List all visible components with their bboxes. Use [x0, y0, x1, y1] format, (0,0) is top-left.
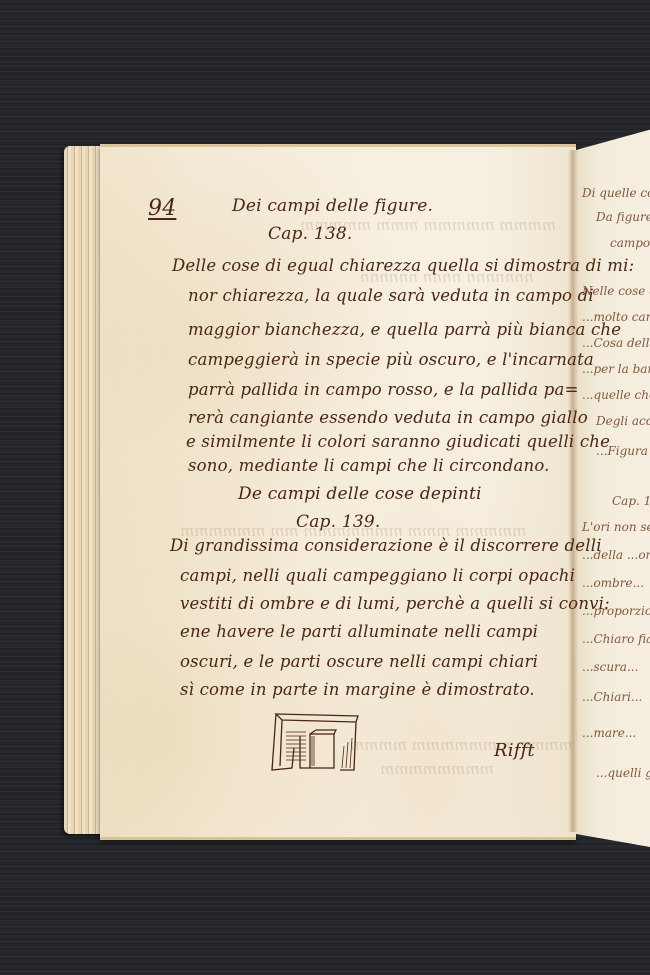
text-line: Di grandissima considerazione è il disco… [170, 536, 602, 555]
right-page-line: Da figure pare... [596, 210, 650, 224]
text-line: rerà cangiante essendo veduta in campo g… [188, 408, 588, 427]
right-page-line: ...ombre... [582, 576, 644, 590]
right-page-line: ...quelle che da cose... [582, 388, 650, 402]
right-page-line: Degli accidenti superf [596, 414, 650, 428]
text-line: campeggierà in specie più oscuro, e l'in… [188, 350, 594, 369]
folio-number: 94 [148, 196, 176, 221]
catchword: Rifft [494, 740, 535, 761]
chapter-138-title: Dei campi delle figure. [232, 196, 433, 216]
doorway-sketch-icon [270, 708, 362, 774]
text-line: oscuri, e le parti oscure nelli campi ch… [180, 652, 538, 671]
right-page-line: Cap. 141. [612, 494, 650, 508]
right-page-line: L'ori non se ... [582, 520, 650, 534]
right-page-line: ...Chiaro fiamma... [582, 632, 650, 646]
right-page-line: ...quelli grassi, ma van... [596, 766, 650, 780]
text-line: campi, nelli quali campeggiano li corpi … [180, 566, 575, 585]
right-page-line: ...Cosa della Chiara... [582, 336, 650, 350]
text-line: nor chiarezza, la quale sarà veduta in c… [188, 286, 594, 305]
right-page-line: ...scura... [582, 660, 638, 674]
text-line: maggior bianchezza, e quella parrà più b… [188, 320, 621, 339]
chapter-139-cap: Cap. 139. [296, 512, 380, 532]
gutter [568, 150, 578, 832]
right-page-line: Nelle cose che si campeggiano [582, 284, 650, 298]
right-page-line: ...mare... [582, 726, 636, 740]
chapter-138-cap: Cap. 138. [268, 224, 352, 244]
book-spread: mmmm mmmmm mmm mmmmm nnnnnnn nnnn nnnnnn… [0, 0, 650, 975]
right-page-line: ...della ...ombra [582, 548, 650, 562]
text-line: parrà pallida in campo rosso, e la palli… [188, 380, 579, 399]
text-line: sono, mediante li campi che li circondan… [188, 456, 550, 475]
text-line: vestiti di ombre e di lumi, perchè a que… [180, 594, 610, 613]
text-line: e similmente li colori saranno giudicati… [186, 432, 610, 451]
right-page-line: Di quelle cose che campeg [582, 186, 650, 200]
right-page-line: ...proporzione... [582, 604, 650, 618]
right-page-line: campo... [610, 236, 650, 250]
bleed-through: mmmm mmmmmmm mmmm [350, 736, 573, 754]
right-page-line: ...per la barca... [582, 362, 650, 376]
right-page-line: ...Figura parte... [596, 444, 650, 458]
text-line: Delle cose di egual chiarezza quella si … [172, 256, 634, 275]
chapter-139-title: De campi delle cose depinti [238, 484, 482, 504]
bleed-through: mmmmmmmm [380, 760, 494, 778]
right-page-line: ...Chiari... [582, 690, 642, 704]
text-line: ene havere le parti alluminate nelli cam… [180, 622, 538, 641]
right-page-line: ...molto campo... [582, 310, 650, 324]
text-line: sì come in parte in margine è dimostrato… [180, 680, 535, 699]
